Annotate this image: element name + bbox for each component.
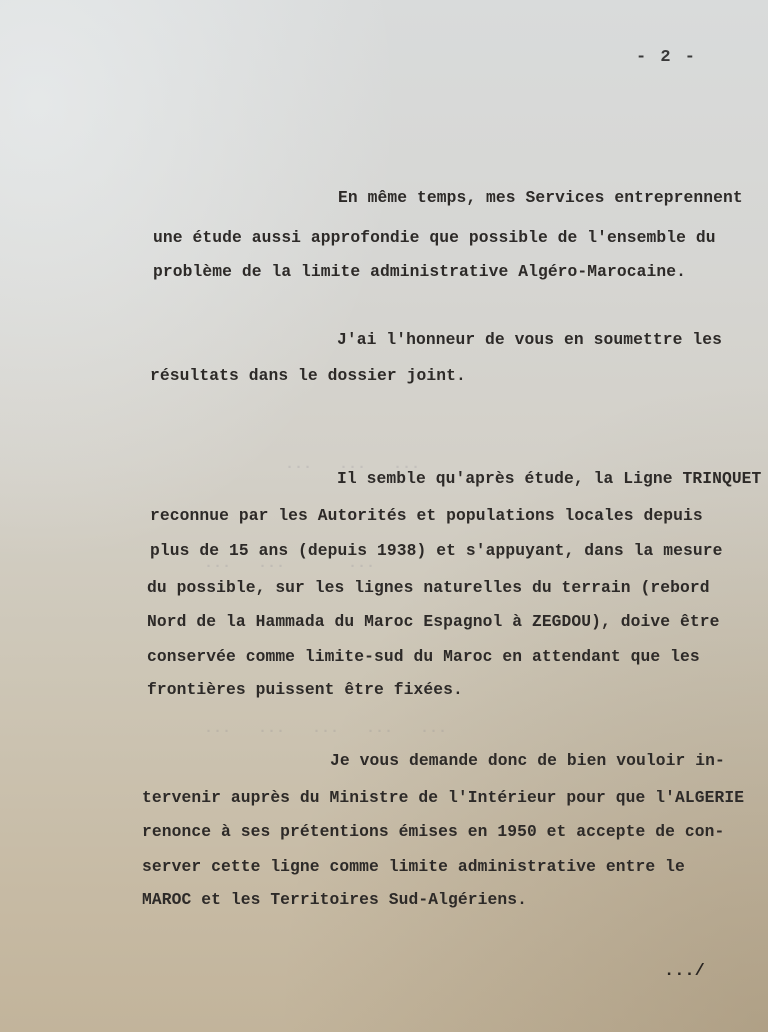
paragraph-4-line-5: MAROC et les Territoires Sud-Algériens. [142, 890, 527, 909]
paragraph-3-line-3: plus de 15 ans (depuis 1938) et s'appuya… [150, 541, 722, 560]
paragraph-2-line-2: résultats dans le dossier joint. [150, 366, 466, 385]
paragraph-4-line-2: tervenir auprès du Ministre de l'Intérie… [142, 788, 744, 807]
paragraph-3-line-5: Nord de la Hammada du Maroc Espagnol à Z… [147, 612, 719, 631]
paragraph-1-line-3: problème de la limite administrative Alg… [153, 262, 686, 281]
ghost-line: ... ... ... ... ... [150, 712, 768, 745]
paragraph-4-line-3: renonce à ses prétentions émises en 1950… [142, 822, 724, 841]
paragraph-2-line-1: J'ai l'honneur de vous en soumettre les [337, 330, 722, 349]
paragraph-1-line-1: En même temps, mes Services entreprennen… [338, 188, 743, 207]
paragraph-4-line-1: Je vous demande donc de bien vouloir in- [330, 751, 725, 770]
paragraph-4-line-4: server cette ligne comme limite administ… [142, 857, 685, 876]
paragraph-3-line-7: frontières puissent être fixées. [147, 680, 463, 699]
page-number: - 2 - [636, 48, 697, 67]
paragraph-3-line-1: Il semble qu'après étude, la Ligne TRINQ… [337, 469, 761, 488]
paragraph-3-line-6: conservée comme limite-sud du Maroc en a… [147, 647, 700, 666]
paragraph-1-line-2: une étude aussi approfondie que possible… [153, 228, 716, 247]
paragraph-3-line-4: du possible, sur les lignes naturelles d… [147, 578, 710, 597]
continuation-mark: .../ [664, 962, 705, 981]
paragraph-3-line-2: reconnue par les Autorités et population… [150, 506, 703, 525]
